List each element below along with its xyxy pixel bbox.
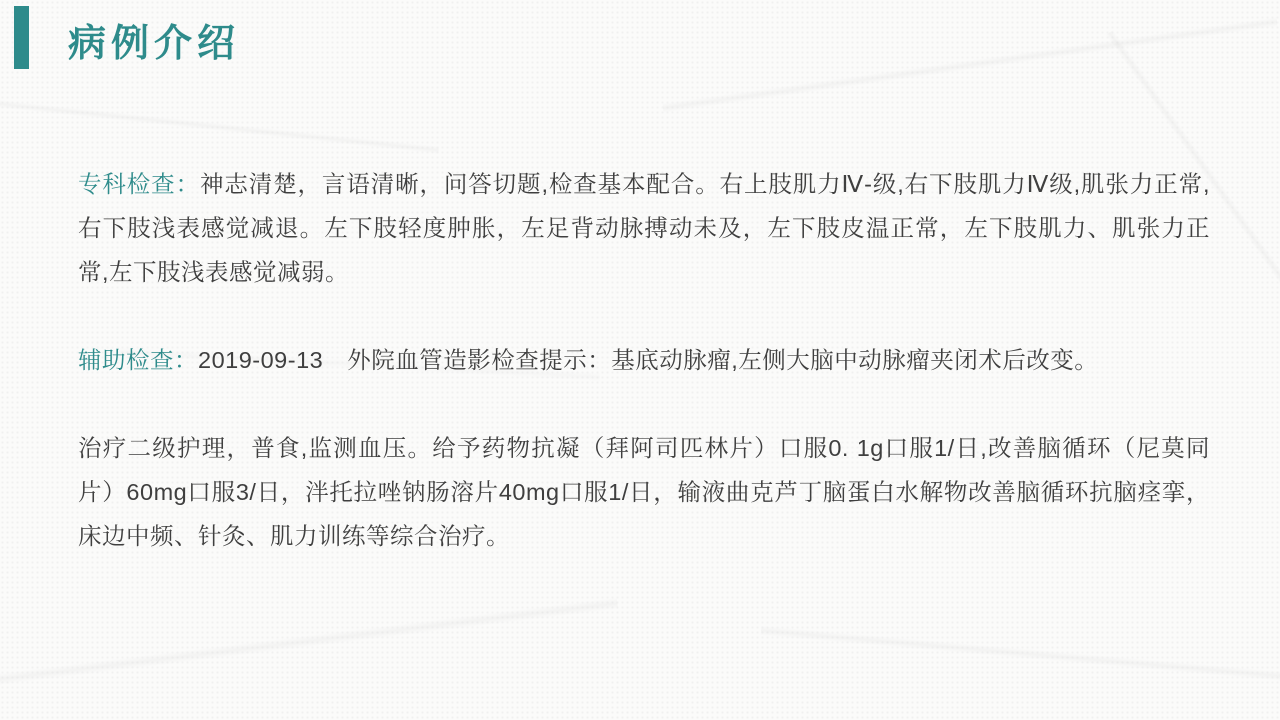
section-label-specialist-exam: 专科检查： [78, 171, 200, 197]
section-body-auxiliary-exam: 2019-09-13 外院血管造影检查提示：基底动脉瘤,左侧大脑中动脉瘤夹闭术后… [198, 347, 1098, 373]
paper-crease [761, 626, 1280, 685]
paper-crease [0, 597, 618, 694]
title-accent-bar [14, 6, 29, 69]
section-label-auxiliary-exam: 辅助检查： [78, 347, 198, 373]
paragraph-specialist-exam: 专科检查：神志清楚，言语清晰，问答切题,检查基本配合。右上肢肌力Ⅳ-级,右下肢肌… [78, 162, 1210, 294]
paragraph-auxiliary-exam: 辅助检查：2019-09-13 外院血管造影检查提示：基底动脉瘤,左侧大脑中动脉… [78, 338, 1210, 382]
slide: 病例介绍 专科检查：神志清楚，言语清晰，问答切题,检查基本配合。右上肢肌力Ⅳ-级… [0, 0, 1280, 720]
slide-content: 专科检查：神志清楚，言语清晰，问答切题,检查基本配合。右上肢肌力Ⅳ-级,右下肢肌… [78, 162, 1210, 558]
section-body-treatment: 治疗二级护理，普食,监测血压。给予药物抗凝（拜阿司匹林片）口服0. 1g口服1/… [78, 435, 1210, 549]
paper-crease [0, 94, 439, 154]
slide-header: 病例介绍 [0, 0, 1280, 90]
section-body-specialist-exam: 神志清楚，言语清晰，问答切题,检查基本配合。右上肢肌力Ⅳ-级,右下肢肌力Ⅳ级,肌… [78, 171, 1210, 285]
page-title: 病例介绍 [68, 12, 240, 67]
paragraph-treatment: 治疗二级护理，普食,监测血压。给予药物抗凝（拜阿司匹林片）口服0. 1g口服1/… [78, 426, 1210, 558]
